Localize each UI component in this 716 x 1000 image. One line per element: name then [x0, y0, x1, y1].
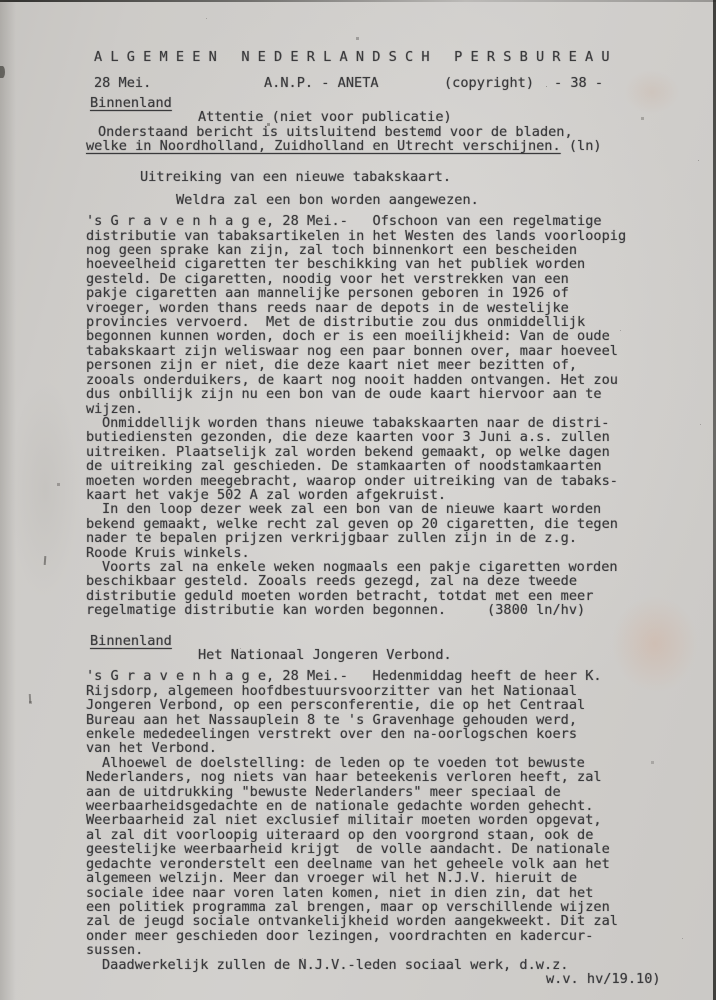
body-line: zooals onderduikers, de kaart nog nooit …: [86, 373, 670, 387]
body-line: Roode Kruis winkels.: [86, 546, 670, 560]
body-line: bekend gemaakt, welke recht zal geven op…: [86, 517, 670, 531]
body-line: hoeveelheid cigaretten ter beschikking v…: [86, 257, 670, 271]
date: 28 Mei.: [94, 76, 151, 90]
editorial-signature: w.v. hv/19.10): [86, 972, 670, 986]
text-run: A L G E M E E N N E D E R L A N D S C H …: [94, 49, 610, 65]
body-line: beschikbaar gesteld. Zooals reeds gezegd…: [86, 574, 670, 588]
paper-stain: [10, 380, 80, 600]
body-line: algemeen welzijn. Meer dan vroeger wil h…: [86, 871, 670, 885]
body-line: aan de uitdrukking "bewuste Nederlanders…: [86, 785, 670, 799]
body-line: 's G r a v e n h a g e, 28 Mei.- Hedenmi…: [86, 669, 670, 683]
body-line: regelmatige distributie kan worden begon…: [86, 603, 670, 617]
body-line: moeten worden meegebracht, waarop onder …: [86, 474, 670, 488]
body-line: uitreiken. Plaatselijk zal worden bekend…: [86, 445, 670, 459]
body-line: begonnen kunnen worden, doch er is een m…: [86, 329, 670, 343]
body-line: zal de jeugd sociale ontvankelijkheid wo…: [86, 914, 670, 928]
scan-edge-top: [0, 0, 716, 2]
scan-artifact: [29, 694, 31, 703]
section-heading: Binnenland: [86, 634, 670, 648]
text-run: Het Nationaal Jongeren Verbond.: [198, 647, 452, 663]
body-line: nader te bepalen prijzen verkrijgbaar zu…: [86, 531, 670, 545]
text-run: w.v. hv/19.10): [546, 971, 661, 987]
body-line: vroeger, worden thans reeds naar de depo…: [86, 301, 670, 315]
body-line: In den loop dezer week zal een bon van d…: [86, 502, 670, 516]
notice-line: Onderstaand bericht is uitsluitend beste…: [86, 125, 670, 139]
notice-underlined: welke in Noordholland, Zuidholland en Ut…: [86, 138, 561, 154]
body-line: distributie van tabaksartikelen in het W…: [86, 229, 670, 243]
bureau-code: A.N.P. - ANETA: [264, 76, 379, 90]
body-line: onder meer geschieden door lezingen, voo…: [86, 929, 670, 943]
scan-edge-left: [0, 0, 16, 1000]
text-run: dus onbillijk zijn nu een bon van de oud…: [86, 386, 602, 402]
body-line: pakje cigaretten aan mannelijke personen…: [86, 286, 670, 300]
body-line: geestelijke weerbaarheid krijgt de volle…: [86, 842, 670, 856]
body-line: van het Verbond.: [86, 741, 670, 755]
body-line: de uitreiking zal geschieden. De stamkaa…: [86, 459, 670, 473]
body-line: personen zijn er niet, die deze kaart ni…: [86, 358, 670, 372]
body-line: wijzen.: [86, 402, 670, 416]
text-run: regelmatige distributie kan worden begon…: [86, 602, 585, 618]
body-line: Jongeren Verbond, op een persconferentie…: [86, 698, 670, 712]
body-line: sussen.: [86, 943, 670, 957]
text-run: Binnenland: [90, 633, 172, 649]
scanned-page: A L G E M E E N N E D E R L A N D S C H …: [0, 0, 716, 1000]
document-body: A L G E M E E N N E D E R L A N D S C H …: [86, 50, 670, 986]
press-bureau-title: A L G E M E E N N E D E R L A N D S C H …: [86, 50, 670, 64]
text-run: Binnenland: [90, 95, 172, 111]
body-line: Nederlanders, nog niets van haar beteeke…: [86, 770, 670, 784]
page-number: - 38 -: [554, 76, 603, 90]
text-run: Uitreiking van een nieuwe tabakskaart.: [140, 169, 451, 185]
editorial-code: (ln): [561, 138, 602, 154]
notice-line: welke in Noordholland, Zuidholland en Ut…: [86, 139, 670, 153]
body-line: dus onbillijk zijn nu een bon van de oud…: [86, 387, 670, 401]
body-line: butiediensten gezonden, die deze kaarten…: [86, 430, 670, 444]
scan-edge-nick: [0, 66, 5, 78]
body-line: Bureau aan het Nassauplein 8 te 's Grave…: [86, 713, 670, 727]
header-line: 28 Mei.A.N.P. - ANETA(copyright)- 38 -: [86, 76, 670, 90]
body-line: Daadwerkelijk zullen de N.J.V.-leden soc…: [86, 958, 670, 972]
notice-line: Attentie (niet voor publicatie): [86, 110, 670, 124]
body-line: gedachte veronderstelt een deelname van …: [86, 857, 670, 871]
copyright: (copyright): [444, 76, 534, 90]
text-run: onder meer geschieden door lezingen, voo…: [86, 928, 593, 944]
body-line: 's G r a v e n h a g e, 28 Mei.- Ofschoo…: [86, 214, 670, 228]
article-title: Uitreiking van een nieuwe tabakskaart.: [86, 170, 670, 184]
article-subtitle: Weldra zal een bon worden aangewezen.: [86, 193, 670, 207]
text-run: Weldra zal een bon worden aangewezen.: [176, 192, 479, 208]
body-line: sociale idee naar voren laten komen, nie…: [86, 886, 670, 900]
text-run: Daadwerkelijk zullen de N.J.V.-leden soc…: [102, 957, 569, 973]
body-line: Weerbaarheid zal niet exclusief militair…: [86, 813, 670, 827]
article-title: Het Nationaal Jongeren Verbond.: [86, 648, 670, 662]
